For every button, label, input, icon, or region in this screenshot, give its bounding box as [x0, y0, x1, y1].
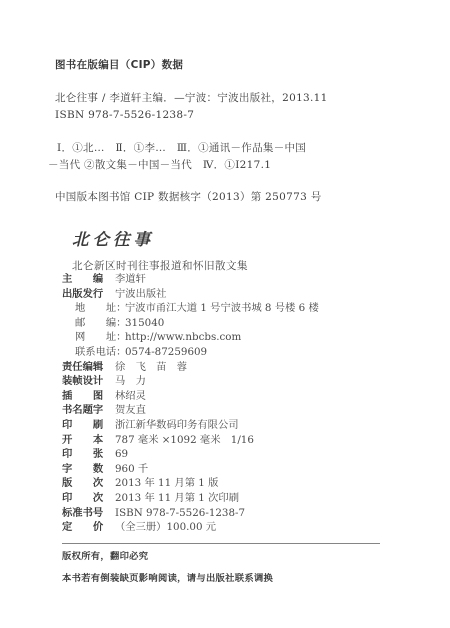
colophon-row: 主 编 李道轩: [62, 272, 402, 287]
colophon-label: 印 张: [62, 447, 106, 462]
divider-line: [62, 543, 380, 544]
colophon-row: 插 图 林绍灵: [62, 389, 402, 404]
colophon-label: 标准书号: [62, 506, 106, 521]
colophon-row: 联系电话： 0574-87259609: [62, 345, 402, 360]
colophon-label: 网 址：: [75, 330, 123, 345]
colophon-row: 印 次 2013 年 11 月第 1 次印刷: [62, 491, 402, 506]
colophon-value: 315040: [125, 316, 164, 331]
colophon-value: （全三册）100.00 元: [115, 520, 216, 535]
colophon-label: 联系电话：: [75, 345, 123, 360]
colophon-value: 马 力: [115, 374, 146, 389]
colophon-value: 0574-87259609: [125, 345, 207, 360]
colophon-label: 书名题字: [62, 403, 106, 418]
colophon-label: 印 次: [62, 491, 106, 506]
colophon-row: 版 次 2013 年 11 月第 1 版: [62, 476, 402, 491]
cip-isbn-line: ISBN 978-7-5526-1238-7: [48, 107, 408, 124]
colophon: 主 编 李道轩 出版发行 宁波出版社 地 址： 宁波市甬江大道 1 号宁波书城 …: [62, 272, 402, 535]
colophon-value: 787 毫米 ×1092 毫米 1/16: [115, 433, 254, 448]
colophon-value: 贺友直: [115, 403, 146, 418]
copyright-page: 图书在版编目（CIP）数据 北仑往事 / 李道轩主编．—宁波：宁波出版社，201…: [0, 0, 450, 628]
colophon-value: 2013 年 11 月第 1 版: [115, 476, 218, 491]
colophon-label: 主 编: [62, 272, 106, 287]
colophon-label: 定 价: [62, 520, 106, 535]
colophon-row: 地 址： 宁波市甬江大道 1 号宁波书城 8 号楼 6 楼: [62, 301, 402, 316]
colophon-value: http://www.nbcbs.com: [125, 330, 241, 345]
colophon-label: 地 址：: [75, 301, 123, 316]
colophon-label: 邮 编：: [75, 316, 123, 331]
colophon-label: 装帧设计: [62, 374, 106, 389]
colophon-row: 责任编辑 徐 飞 苗 蓉: [62, 360, 402, 375]
book-subtitle: 北仑新区时刊往事报道和怀旧散文集: [72, 258, 248, 273]
colophon-row: 网 址： http://www.nbcbs.com: [62, 330, 402, 345]
colophon-row: 装帧设计 马 力: [62, 374, 402, 389]
colophon-label: 插 图: [62, 389, 106, 404]
cip-classification: Ⅰ．①北… Ⅱ．①李… Ⅲ．①通讯－作品集－中国 －当代 ②散文集－中国－当代 …: [48, 140, 408, 174]
colophon-label: 开 本: [62, 433, 106, 448]
cip-record-line: 北仑往事 / 李道轩主编．—宁波：宁波出版社，2013.11: [48, 90, 408, 107]
colophon-value: 徐 飞 苗 蓉: [115, 360, 187, 375]
colophon-row: 字 数 960 千: [62, 462, 402, 477]
colophon-label: 印 刷: [62, 418, 106, 433]
colophon-value: 960 千: [115, 462, 148, 477]
colophon-label: 责任编辑: [62, 360, 106, 375]
colophon-value: 宁波市甬江大道 1 号宁波书城 8 号楼 6 楼: [125, 301, 319, 316]
colophon-row: 标准书号 ISBN 978-7-5526-1238-7: [62, 506, 402, 521]
colophon-label: 字 数: [62, 462, 106, 477]
copyright-notice: 版权所有，翻印必究: [62, 550, 273, 563]
cip-registry-line: 中国版本图书馆 CIP 数据核字（2013）第 250773 号: [48, 189, 408, 206]
colophon-label: 版 次: [62, 476, 106, 491]
colophon-value: 李道轩: [115, 272, 146, 287]
colophon-label: 出版发行: [62, 287, 106, 302]
colophon-value: 宁波出版社: [115, 287, 166, 302]
cip-header: 图书在版编目（CIP）数据: [48, 57, 408, 74]
colophon-value: 林绍灵: [115, 389, 146, 404]
cip-section: 图书在版编目（CIP）数据 北仑往事 / 李道轩主编．—宁波：宁波出版社，201…: [48, 57, 408, 206]
footer-notes: 版权所有，翻印必究 本书若有倒装缺页影响阅读，请与出版社联系调换: [62, 550, 273, 594]
cip-class-line-1: Ⅰ．①北… Ⅱ．①李… Ⅲ．①通讯－作品集－中国: [48, 140, 408, 157]
cip-class-line-2: －当代 ②散文集－中国－当代 Ⅳ．①I217.1: [48, 157, 408, 174]
colophon-row: 印 张 69: [62, 447, 402, 462]
colophon-value: ISBN 978-7-5526-1238-7: [115, 506, 245, 521]
book-title: 北仑往事: [72, 226, 248, 250]
colophon-row: 书名题字 贺友直: [62, 403, 402, 418]
colophon-row: 出版发行 宁波出版社: [62, 287, 402, 302]
exchange-notice: 本书若有倒装缺页影响阅读，请与出版社联系调换: [62, 572, 273, 585]
colophon-row: 定 价 （全三册）100.00 元: [62, 520, 402, 535]
colophon-value: 浙江新华数码印务有限公司: [115, 418, 239, 433]
title-block: 北仑往事 北仑新区时刊往事报道和怀旧散文集: [72, 226, 248, 273]
colophon-row: 邮 编： 315040: [62, 316, 402, 331]
colophon-row: 开 本 787 毫米 ×1092 毫米 1/16: [62, 433, 402, 448]
colophon-value: 2013 年 11 月第 1 次印刷: [115, 491, 239, 506]
colophon-value: 69: [115, 447, 128, 462]
colophon-row: 印 刷 浙江新华数码印务有限公司: [62, 418, 402, 433]
